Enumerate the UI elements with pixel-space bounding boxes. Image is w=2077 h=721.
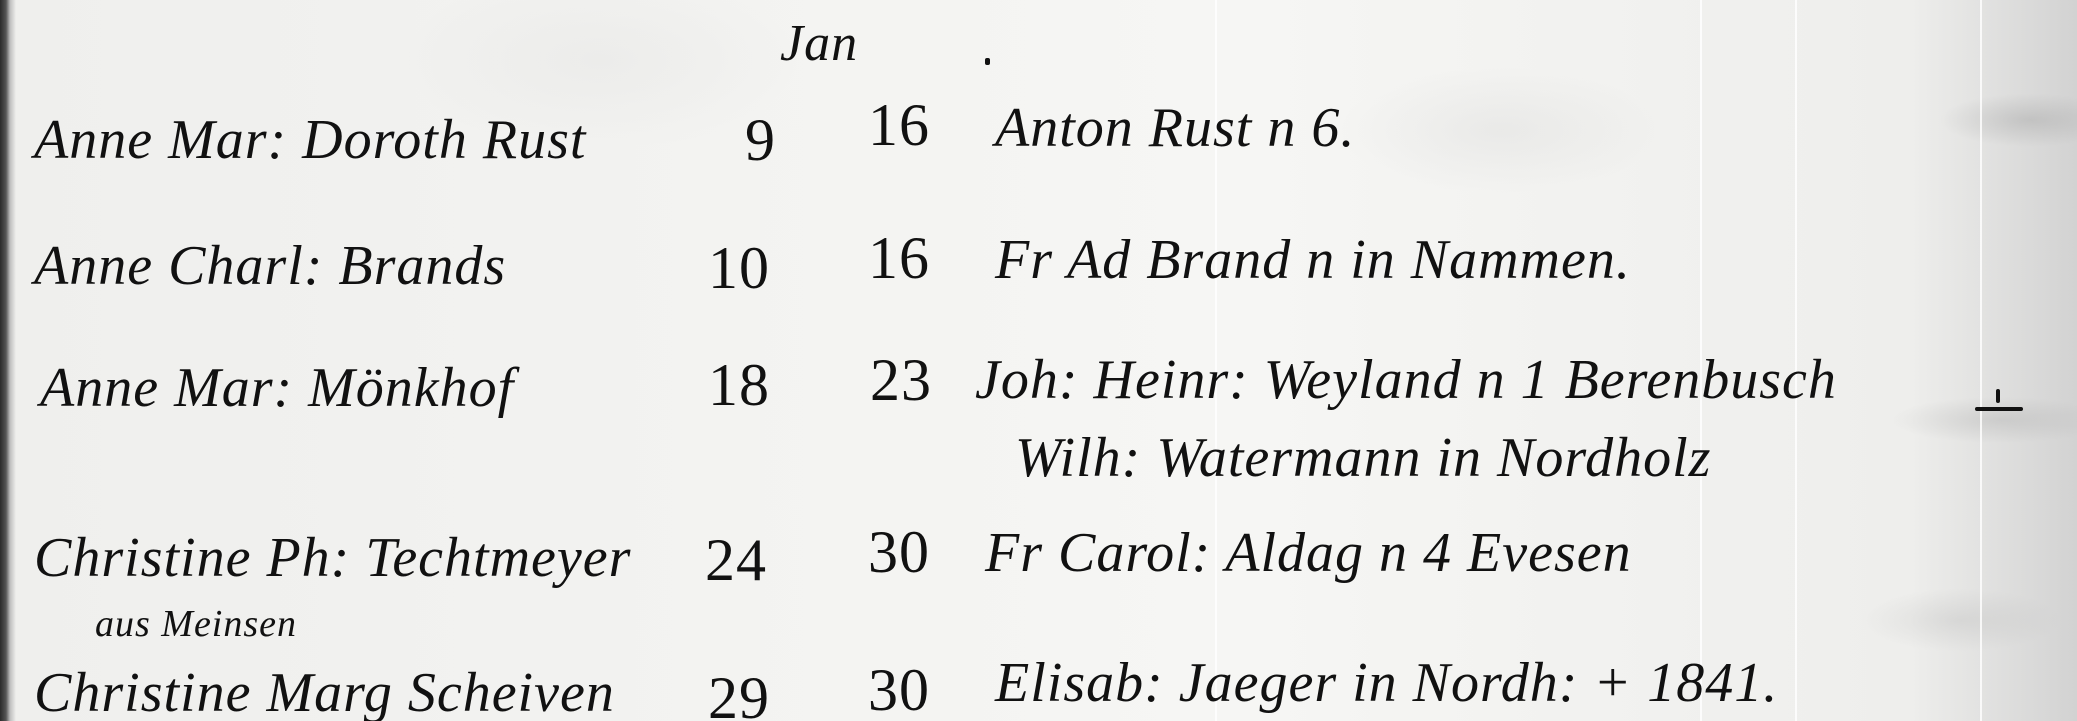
ink-dot [985, 58, 990, 65]
ink-mark [1975, 407, 2023, 411]
row-day-1: 10 [708, 238, 770, 298]
row-name: Christine Ph: Techtmeyer [34, 530, 631, 586]
row-day-2: 16 [868, 95, 930, 155]
month-header: Jan [780, 18, 858, 70]
row-entry: Anton Rust n 6. [995, 100, 1355, 156]
row-day-1: 24 [705, 530, 767, 590]
row-name: Anne Charl: Brands [34, 238, 506, 294]
row-day-2: 16 [868, 228, 930, 288]
row-day-2: 23 [870, 350, 932, 410]
column-rule [1980, 0, 1982, 721]
register-page: Jan Anne Mar: Doroth Rust 9 16 Anton Rus… [0, 0, 2077, 721]
row-entry: Joh: Heinr: Weyland n 1 Berenbusch [975, 352, 1837, 408]
row-day-1: 18 [708, 355, 770, 415]
row-entry: Elisab: Jaeger in Nordh: + 1841. [995, 655, 1778, 711]
row-name: Anne Mar: Doroth Rust [34, 112, 586, 168]
ink-mark [1996, 389, 2000, 403]
row-entry: Fr Ad Brand n in Nammen. [995, 232, 1631, 288]
row-day-1: 29 [708, 668, 770, 721]
row-entry-line-2: Wilh: Watermann in Nordholz [1015, 430, 1711, 486]
row-name: Anne Mar: Mönkhof [40, 360, 514, 416]
row-entry: Fr Carol: Aldag n 4 Evesen [985, 525, 1632, 581]
row-day-2: 30 [868, 660, 930, 720]
row-name: Christine Marg Scheiven [34, 665, 615, 721]
row-day-2: 30 [868, 522, 930, 582]
row-day-1: 9 [745, 110, 776, 170]
row-name-line-2: aus Meinsen [95, 605, 297, 643]
